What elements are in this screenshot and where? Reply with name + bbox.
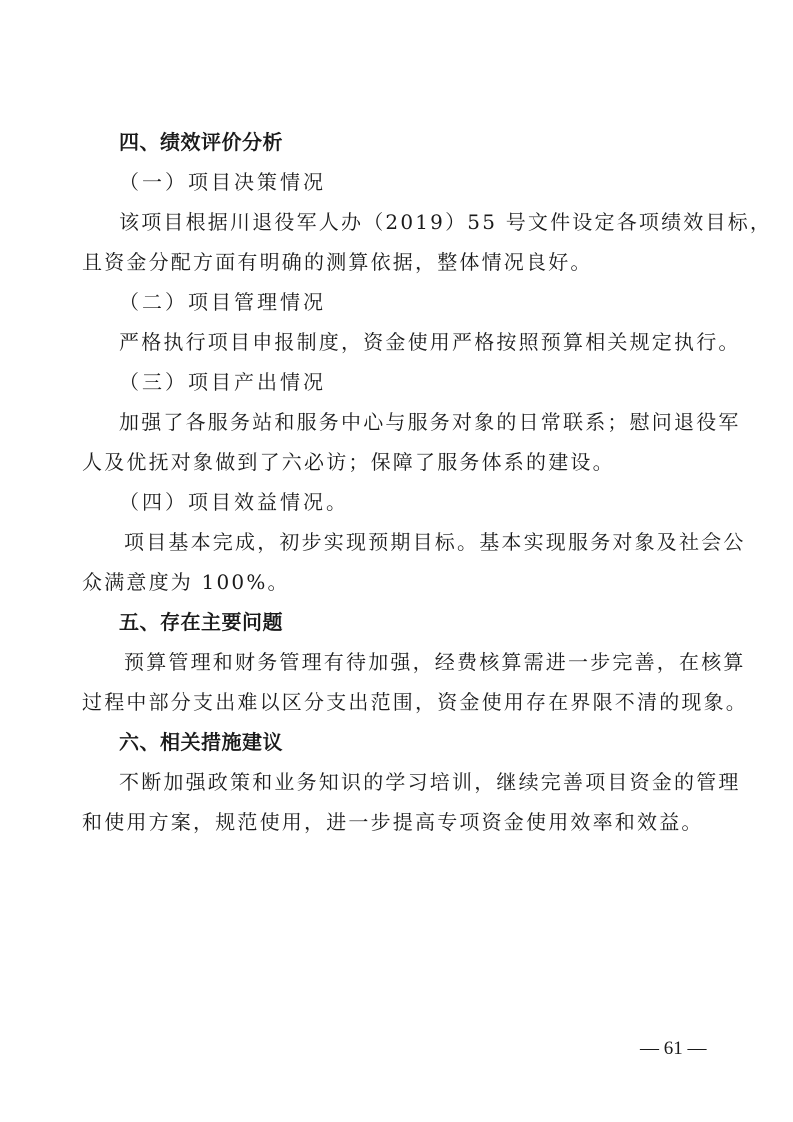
section-heading-suggestions: 六、相关措施建议 [119,728,283,756]
paragraph-line: 加强了各服务站和服务中心与服务对象的日常联系；慰问退役军 [119,408,741,436]
subsection-heading-benefit: （四）项目效益情况。 [119,488,349,516]
paragraph-line: 该项目根据川退役军人办（2019）55 号文件设定各项绩效目标， [119,208,772,236]
paragraph-line: 众满意度为 100%。 [82,568,290,596]
document-page: 四、绩效评价分析 （一）项目决策情况 该项目根据川退役军人办（2019）55 号… [0,0,793,1122]
page-number: — 61 — [640,1038,707,1060]
subsection-heading-output: （三）项目产出情况 [119,368,326,396]
section-heading-performance-analysis: 四、绩效评价分析 [119,128,283,156]
paragraph-line: 人及优抚对象做到了六必访；保障了服务体系的建设。 [82,448,615,476]
paragraph-line: 预算管理和财务管理有待加强，经费核算需进一步完善，在核算 [124,648,746,676]
subsection-heading-management: （二）项目管理情况 [119,288,326,316]
subsection-heading-decision: （一）项目决策情况 [119,168,326,196]
paragraph-line: 不断加强政策和业务知识的学习培训，继续完善项目资金的管理 [119,768,741,796]
paragraph-line: 过程中部分支出难以区分支出范围，资金使用存在界限不清的现象。 [82,688,748,716]
section-heading-main-problems: 五、存在主要问题 [119,608,283,636]
paragraph-line: 严格执行项目申报制度，资金使用严格按照预算相关规定执行。 [119,328,741,356]
paragraph-line: 和使用方案，规范使用，进一步提高专项资金使用效率和效益。 [82,808,704,836]
paragraph-line: 且资金分配方面有明确的测算依据，整体情况良好。 [82,248,593,276]
paragraph-line: 项目基本完成，初步实现预期目标。基本实现服务对象及社会公 [124,528,746,556]
